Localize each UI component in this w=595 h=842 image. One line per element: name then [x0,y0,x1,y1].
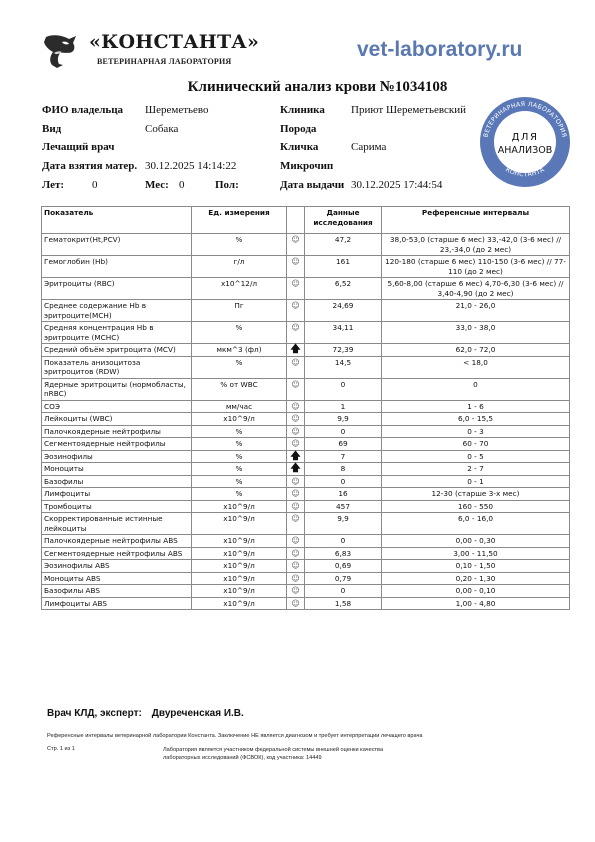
unit: % [192,450,287,463]
unit: Пг [192,300,287,322]
result-value: 9,9 [305,413,382,426]
table-row: Лимфоциты%☺1612-30 (старше 3-х мес) [42,488,570,501]
status-flag: ☺ [287,300,305,322]
reference-range: 120-180 (старше 6 мес) 110-150 (3-6 мес)… [382,256,570,278]
unit: % [192,438,287,451]
reference-range: 0 - 3 [382,425,570,438]
result-value: 457 [305,500,382,513]
status-flag: ☺ [287,560,305,573]
unit: x10^9/л [192,513,287,535]
smiley-icon: ☺ [291,279,299,288]
years-value: 0 [92,179,98,191]
reference-range: 38,0-53,0 (старше 6 мес) 33,-42,0 (3-6 м… [382,234,570,256]
result-value: 6,83 [305,547,382,560]
status-flag: ☺ [287,513,305,535]
unit: x10^9/л [192,413,287,426]
table-row: Средний объём эритроцита (MCV)мкм^3 (фл)… [42,344,570,357]
disclaimer-text: Референсные интервалы ветеринарной лабор… [47,733,422,739]
unit: x10^9/л [192,547,287,560]
result-value: 16 [305,488,382,501]
table-row: Гемоглобин (Hb)г/л☺161120-180 (старше 6 … [42,256,570,278]
result-value: 9,9 [305,513,382,535]
indicator-name: Лимфоциты ABS [42,597,192,610]
result-value: 0,69 [305,560,382,573]
reference-range: 6,0 - 15,5 [382,413,570,426]
reference-range: 2 - 7 [382,463,570,476]
status-flag: ☺ [287,413,305,426]
indicator-name: Базофилы [42,475,192,488]
unit: x10^9/л [192,597,287,610]
reference-range: 5,60-8,00 (старше 6 мес) 4,70-6,30 (3-6 … [382,278,570,300]
reference-range: 0 [382,378,570,400]
status-flag: 🡅 [287,450,305,463]
unit: мкм^3 (фл) [192,344,287,357]
table-row: Эритроциты (RBC)x10^12/л☺6,525,60-8,00 (… [42,278,570,300]
unit: x10^9/л [192,572,287,585]
fsvok-line2: лабораторных исследований (ФСВОК), код у… [163,754,383,762]
result-value: 0,79 [305,572,382,585]
table-row: Сегментоядерные нейтрофилы%☺6960 - 70 [42,438,570,451]
status-flag: ☺ [287,585,305,598]
reference-range: 12-30 (старше 3-х мес) [382,488,570,501]
status-flag: ☺ [287,547,305,560]
fsvok-line1: Лаборатория является участником федераль… [163,746,383,754]
status-flag: ☺ [287,597,305,610]
pet-name-value: Сарима [351,141,386,153]
result-value: 0 [305,535,382,548]
lab-stamp: ВЕТЕРИНАРНАЯ ЛАБОРАТОРИЯ КОНСТАНТА ДЛЯ А… [473,88,577,194]
smiley-icon: ☺ [291,502,299,511]
unit: x10^9/л [192,500,287,513]
sample-date-label: Дата взятия матер. [42,160,137,172]
clinic-value: Приют Шереметьевский [351,104,466,116]
result-value: 1,58 [305,597,382,610]
indicator-name: Сегментоядерные нейтрофилы ABS [42,547,192,560]
table-row: Базофилы ABSx10^9/л☺00,00 - 0,10 [42,585,570,598]
smiley-icon: ☺ [291,358,299,367]
signer-line: Врач КЛД, эксперт:Двуреченская И.В. [47,708,244,719]
status-flag: ☺ [287,278,305,300]
status-flag: ☺ [287,438,305,451]
sex-label: Пол: [215,179,239,191]
table-row: Палочкоядерные нейтрофилы%☺00 - 3 [42,425,570,438]
owner-label: ФИО владельца [42,104,123,116]
indicator-name: Эритроциты (RBC) [42,278,192,300]
status-flag: ☺ [287,234,305,256]
unit: x10^9/л [192,560,287,573]
unit: % [192,322,287,344]
status-flag: ☺ [287,500,305,513]
indicator-name: Эозинофилы [42,450,192,463]
status-flag: ☺ [287,572,305,585]
indicator-name: Сегментоядерные нейтрофилы [42,438,192,451]
table-header-row: Показатель Ед. измерения Данные исследов… [42,207,570,234]
smiley-icon: ☺ [291,477,299,486]
indicator-name: Эозинофилы ABS [42,560,192,573]
reference-range: 62,0 - 72,0 [382,344,570,357]
result-value: 0 [305,378,382,400]
reference-range: 1 - 6 [382,400,570,413]
header-unit: Ед. измерения [192,207,287,234]
reference-range: 160 - 550 [382,500,570,513]
unit: % [192,475,287,488]
indicator-name: Тромбоциты [42,500,192,513]
arrow-up-icon: 🡅 [290,463,300,474]
table-row: Эозинофилы ABSx10^9/л☺0,690,10 - 1,50 [42,560,570,573]
table-row: Тромбоцитыx10^9/л☺457160 - 550 [42,500,570,513]
indicator-name: Палочкоядерные нейтрофилы [42,425,192,438]
signer-label: Врач КЛД, эксперт: [47,708,142,719]
brand-subtitle: ВЕТЕРИНАРНАЯ ЛАБОРАТОРИЯ [97,57,231,66]
table-row: Базофилы%☺00 - 1 [42,475,570,488]
reference-range: 0,00 - 0,30 [382,535,570,548]
indicator-name: Средний объём эритроцита (MCV) [42,344,192,357]
species-value: Собака [145,123,178,135]
pet-name-label: Кличка [280,141,318,153]
unit: % от WBC [192,378,287,400]
indicator-name: Моноциты [42,463,192,476]
header-reference: Референсные интервалы [382,207,570,234]
result-value: 0 [305,425,382,438]
result-value: 0 [305,475,382,488]
table-row: Эозинофилы%🡅70 - 5 [42,450,570,463]
reference-range: 21,0 - 26,0 [382,300,570,322]
table-row: Гематокрит(Ht,PCV)%☺47,238,0-53,0 (старш… [42,234,570,256]
table-row: Лимфоциты ABSx10^9/л☺1,581,00 - 4,80 [42,597,570,610]
header-value: Данные исследования [305,207,382,234]
chip-label: Микрочип [280,160,333,172]
status-flag: ☺ [287,256,305,278]
smiley-icon: ☺ [291,301,299,310]
result-value: 72,39 [305,344,382,357]
orca-icon [42,31,78,69]
smiley-icon: ☺ [291,427,299,436]
reference-range: 33,0 - 38,0 [382,322,570,344]
result-value: 8 [305,463,382,476]
status-flag: ☺ [287,488,305,501]
table-row: Скорректированные истинные лейкоцитыx10^… [42,513,570,535]
status-flag: 🡅 [287,463,305,476]
result-value: 69 [305,438,382,451]
page-number: Стр. 1 из 1 [47,746,75,752]
reference-range: 3,00 - 11,50 [382,547,570,560]
smiley-icon: ☺ [291,414,299,423]
result-value: 24,69 [305,300,382,322]
smiley-icon: ☺ [291,536,299,545]
reference-range: 0,10 - 1,50 [382,560,570,573]
indicator-name: Лимфоциты [42,488,192,501]
status-flag: ☺ [287,322,305,344]
table-row: Средняя концентрация Hb в эритроците (MC… [42,322,570,344]
smiley-icon: ☺ [291,574,299,583]
indicator-name: Среднее содержание Hb в эритроците(MCH) [42,300,192,322]
table-row: СОЭмм/час☺11 - 6 [42,400,570,413]
brand-name: «КОНСТАНТА» [89,31,259,53]
results-table: Показатель Ед. измерения Данные исследов… [41,206,570,610]
smiley-icon: ☺ [291,235,299,244]
unit: x10^9/л [192,535,287,548]
smiley-icon: ☺ [291,514,299,523]
status-flag: ☺ [287,475,305,488]
reference-range: 6,0 - 16,0 [382,513,570,535]
indicator-name: Моноциты ABS [42,572,192,585]
unit: % [192,425,287,438]
months-value: 0 [179,179,185,191]
unit: x10^12/л [192,278,287,300]
indicator-name: Палочкоядерные нейтрофилы ABS [42,535,192,548]
result-value: 0 [305,585,382,598]
reference-range: 0,00 - 0,10 [382,585,570,598]
status-flag: ☺ [287,400,305,413]
table-row: Моноциты%🡅82 - 7 [42,463,570,476]
unit: x10^9/л [192,585,287,598]
indicator-name: Скорректированные истинные лейкоциты [42,513,192,535]
smiley-icon: ☺ [291,489,299,498]
indicator-name: Показатель анизоцитоза эритроцитов (RDW) [42,356,192,378]
smiley-icon: ☺ [291,402,299,411]
result-value: 7 [305,450,382,463]
fsvok-note: Лаборатория является участником федераль… [163,746,383,762]
status-flag: ☺ [287,425,305,438]
reference-range: 60 - 70 [382,438,570,451]
result-value: 161 [305,256,382,278]
unit: мм/час [192,400,287,413]
table-row: Моноциты ABSx10^9/л☺0,790,20 - 1,30 [42,572,570,585]
indicator-name: Ядерные эритроциты (нормобласты, nRBC) [42,378,192,400]
species-label: Вид [42,123,61,135]
stamp-center-line1: ДЛЯ [512,132,539,143]
smiley-icon: ☺ [291,599,299,608]
smiley-icon: ☺ [291,549,299,558]
smiley-icon: ☺ [291,561,299,570]
issue-date-label: Дата выдачи [280,179,344,191]
result-value: 1 [305,400,382,413]
unit: г/л [192,256,287,278]
header-indicator: Показатель [42,207,192,234]
sample-date-value: 30.12.2025 14:14:22 [145,160,236,172]
report-page: «КОНСТАНТА» ВЕТЕРИНАРНАЯ ЛАБОРАТОРИЯ vet… [0,0,595,842]
status-flag: 🡅 [287,344,305,357]
status-flag: ☺ [287,356,305,378]
indicator-name: Средняя концентрация Hb в эритроците (MC… [42,322,192,344]
smiley-icon: ☺ [291,323,299,332]
indicator-name: СОЭ [42,400,192,413]
indicator-name: Лейкоциты (WBC) [42,413,192,426]
table-row: Ядерные эритроциты (нормобласты, nRBC)% … [42,378,570,400]
indicator-name: Гематокрит(Ht,PCV) [42,234,192,256]
doctor-label: Лечащий врач [42,141,114,153]
breed-label: Порода [280,123,316,135]
owner-value: Шереметьево [145,104,209,116]
arrow-up-icon: 🡅 [290,451,300,462]
result-value: 47,2 [305,234,382,256]
result-value: 34,11 [305,322,382,344]
result-value: 14,5 [305,356,382,378]
clinic-label: Клиника [280,104,325,116]
status-flag: ☺ [287,378,305,400]
result-value: 6,52 [305,278,382,300]
website-link[interactable]: vet-laboratory.ru [357,38,522,62]
smiley-icon: ☺ [291,257,299,266]
status-flag: ☺ [287,535,305,548]
unit: % [192,463,287,476]
table-row: Среднее содержание Hb в эритроците(MCH)П… [42,300,570,322]
arrow-up-icon: 🡅 [290,344,300,355]
months-label: Мес: [145,179,169,191]
years-label: Лет: [42,179,64,191]
signer-name: Двуреченская И.В. [152,708,244,719]
table-row: Палочкоядерные нейтрофилы ABSx10^9/л☺00,… [42,535,570,548]
issue-date-value: 30.12.2025 17:44:54 [351,179,442,191]
indicator-name: Базофилы ABS [42,585,192,598]
smiley-icon: ☺ [291,439,299,448]
unit: % [192,488,287,501]
stamp-center-line2: АНАЛИЗОВ [498,145,552,156]
unit: % [192,356,287,378]
table-row: Показатель анизоцитоза эритроцитов (RDW)… [42,356,570,378]
unit: % [192,234,287,256]
reference-range: < 18,0 [382,356,570,378]
header-flag [287,207,305,234]
indicator-name: Гемоглобин (Hb) [42,256,192,278]
smiley-icon: ☺ [291,380,299,389]
reference-range: 1,00 - 4,80 [382,597,570,610]
reference-range: 0 - 5 [382,450,570,463]
reference-range: 0 - 1 [382,475,570,488]
smiley-icon: ☺ [291,586,299,595]
table-row: Лейкоциты (WBC)x10^9/л☺9,96,0 - 15,5 [42,413,570,426]
reference-range: 0,20 - 1,30 [382,572,570,585]
table-row: Сегментоядерные нейтрофилы ABSx10^9/л☺6,… [42,547,570,560]
